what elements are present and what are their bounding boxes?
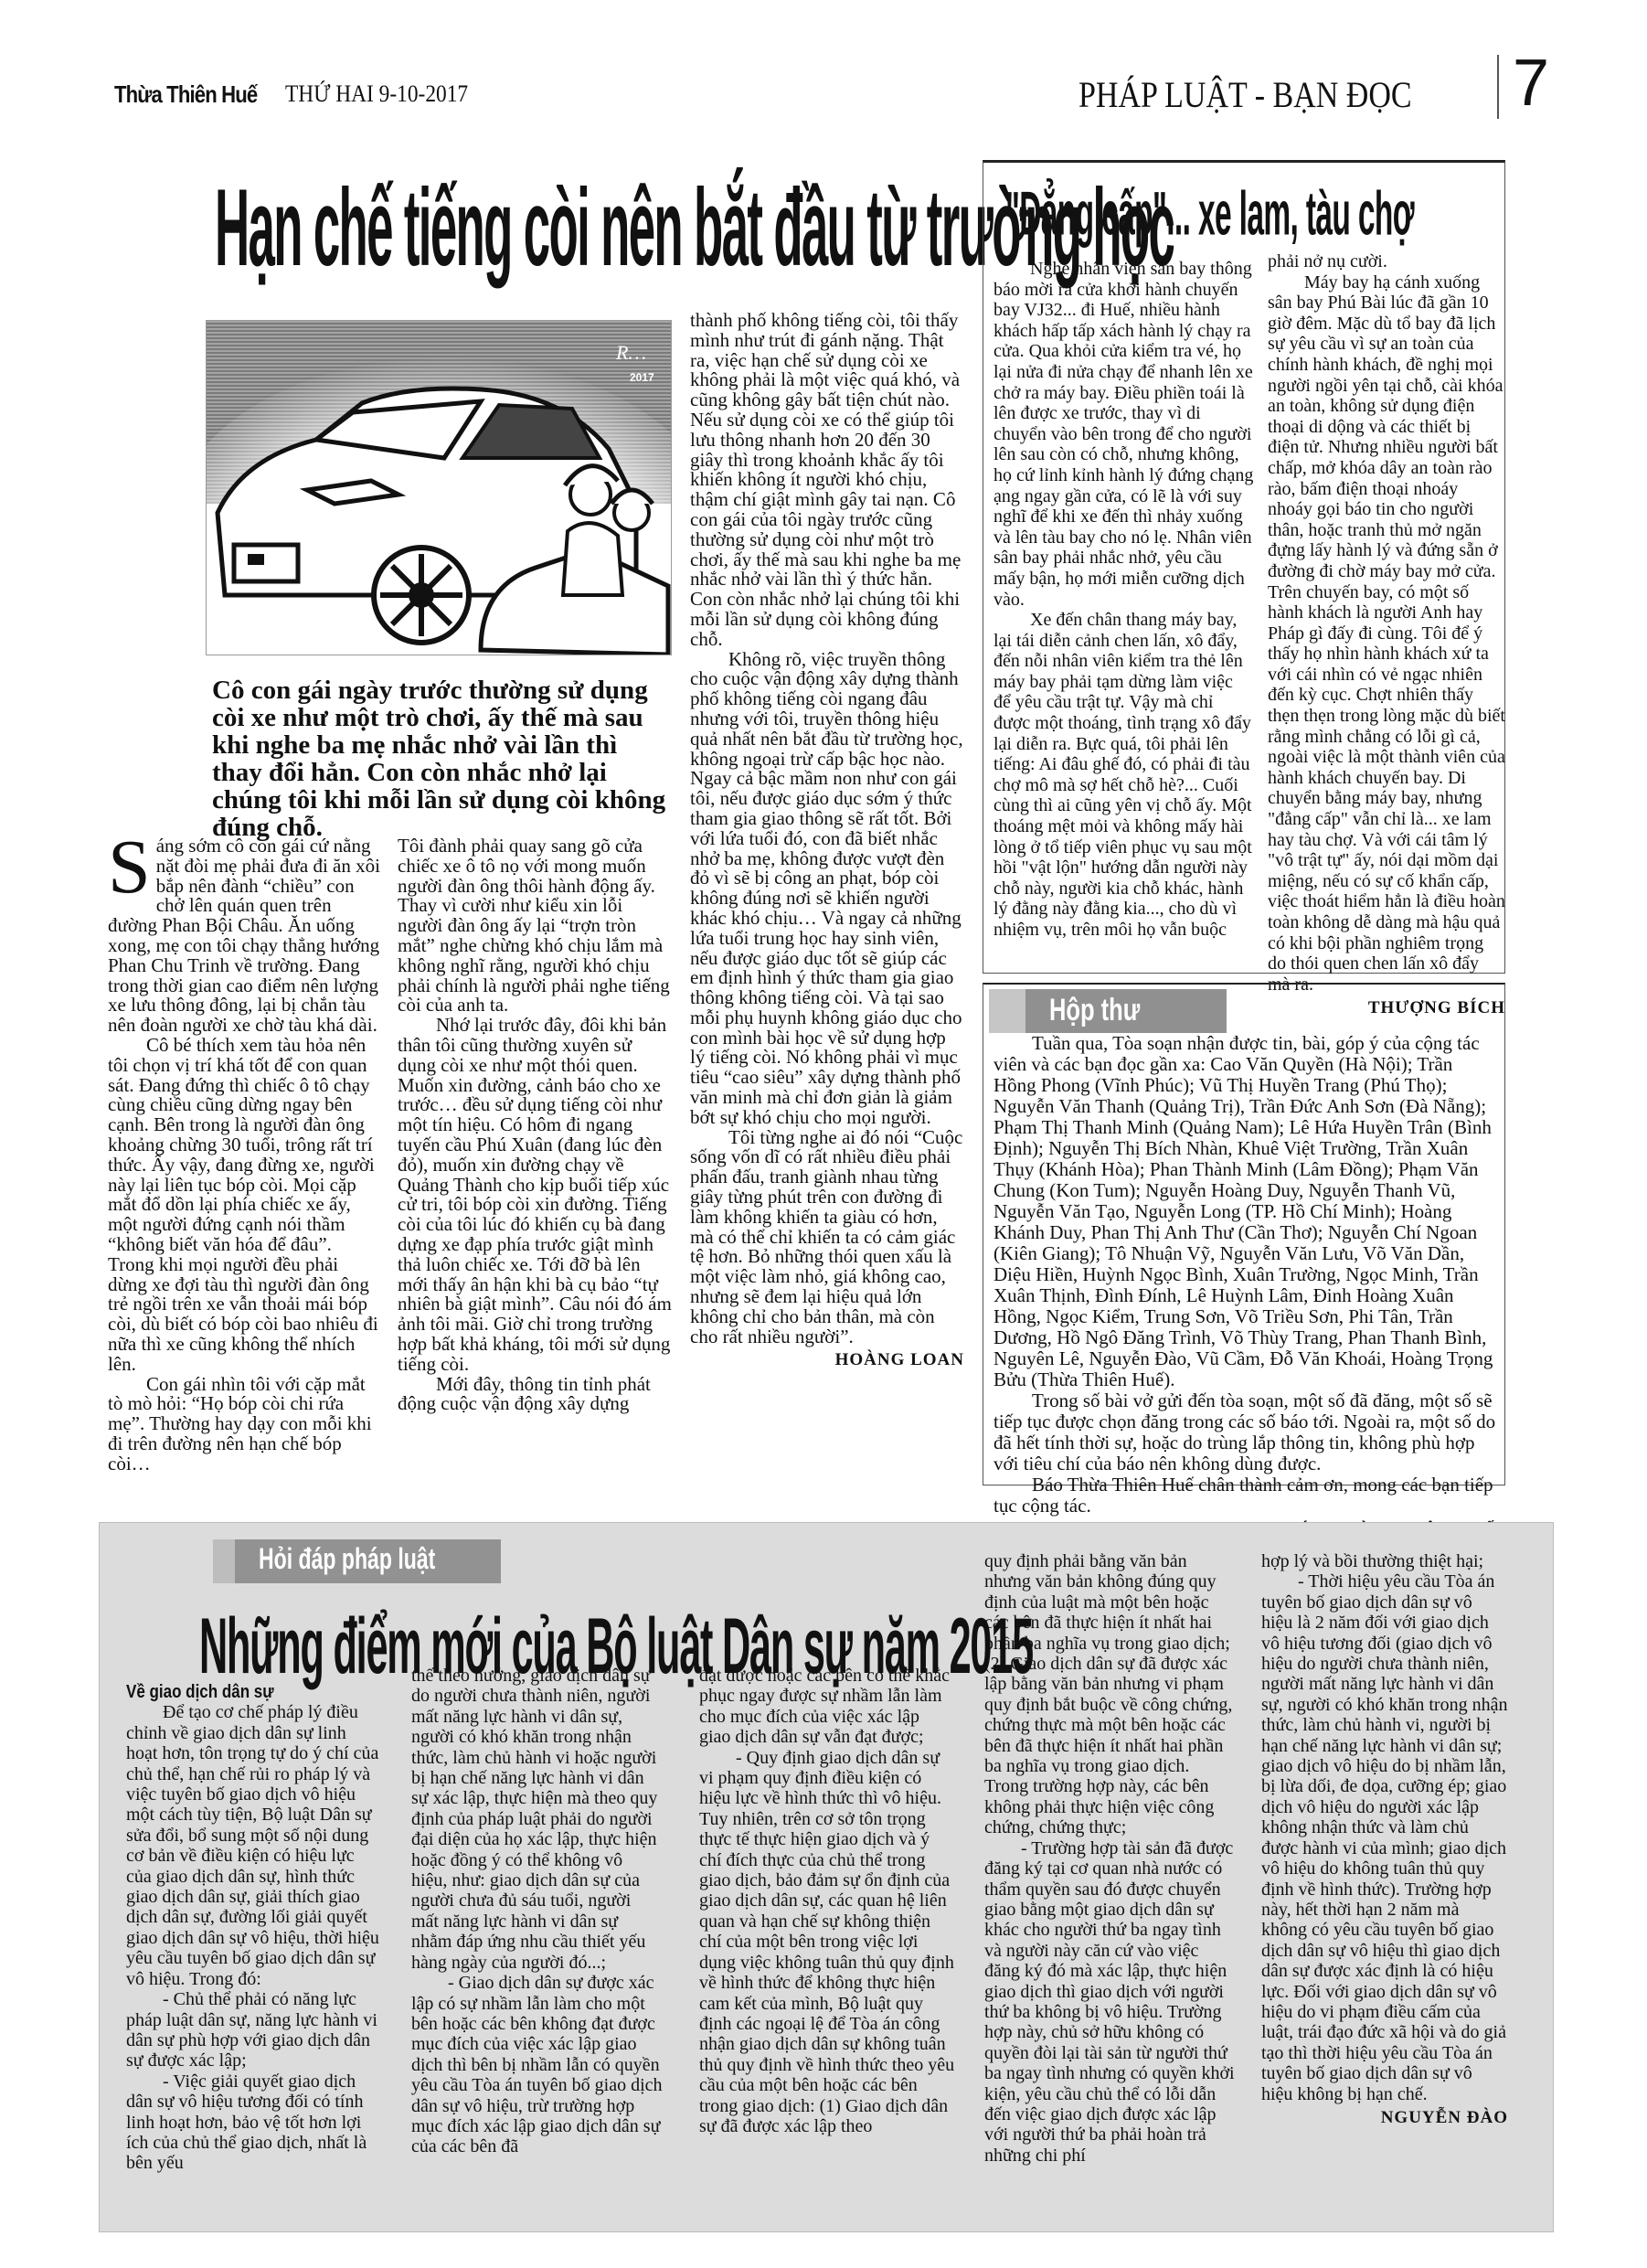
paragraph: - Việc giải quyết giao dịch dân sự vô hi… bbox=[126, 2071, 382, 2174]
article-illustration: R… 2017 bbox=[206, 320, 672, 655]
legal-column-1: Về giao dịch dân sự Để tạo cơ chế pháp l… bbox=[126, 1682, 382, 2174]
paragraph: Báo Thừa Thiên Huế chân thành cảm ơn, mo… bbox=[994, 1475, 1496, 1517]
publication-name: Thừa Thiên Huế bbox=[114, 80, 257, 109]
paragraph: Tôi từng nghe ai đó nói “Cuộc sống vốn d… bbox=[690, 1128, 964, 1347]
paragraph: Trong số bài vở gửi đến tòa soạn, một số… bbox=[994, 1390, 1496, 1475]
page-number: 7 bbox=[1513, 50, 1549, 116]
banner-tab-decoration bbox=[989, 989, 1025, 1033]
paragraph: hợp lý và bồi thường thiệt hại; bbox=[1261, 1551, 1508, 1571]
author-byline: NGUYỄN ĐÀO bbox=[1261, 2108, 1508, 2128]
header-divider bbox=[1497, 55, 1499, 119]
paragraph: Máy bay hạ cánh xuống sân bay Phú Bài lú… bbox=[1268, 272, 1505, 996]
paragraph: thành phố không tiếng còi, tôi thấy mình… bbox=[690, 311, 964, 650]
paragraph: phải nở nụ cười. bbox=[1268, 251, 1505, 272]
mailbox-title: Hộp thư bbox=[1049, 993, 1140, 1028]
legal-column-4: quy định phải bằng văn bản nhưng văn bản… bbox=[984, 1551, 1236, 2166]
banner-tab-decoration bbox=[213, 1539, 235, 1583]
paragraph: - Chủ thể phải có năng lực pháp luật dân… bbox=[126, 1989, 382, 2071]
car-sketch-icon: R… 2017 bbox=[207, 321, 671, 655]
sidebar-headline: "Đẳng cấp"... xe lam, tàu chợ bbox=[1005, 183, 1414, 245]
paragraph: quy định phải bằng văn bản nhưng văn bản… bbox=[984, 1551, 1236, 1838]
main-article-column-3: thành phố không tiếng còi, tôi thấy mình… bbox=[690, 311, 964, 1370]
photo-caption: Cô con gái ngày trước thường sử dụng còi… bbox=[212, 676, 669, 841]
paragraph: - Giao dịch dân sự được xác lập có sự nh… bbox=[411, 1973, 663, 2157]
issue-date: THỨ HAI 9-10-2017 bbox=[285, 80, 468, 108]
mailbox-body: Tuần qua, Tòa soạn nhận được tin, bài, g… bbox=[994, 1033, 1496, 1541]
legal-column-2: thế theo hướng, giao dịch dân sự do ngườ… bbox=[411, 1666, 663, 2157]
author-byline: HOÀNG LOAN bbox=[690, 1350, 964, 1370]
paragraph: Tuần qua, Tòa soạn nhận được tin, bài, g… bbox=[994, 1033, 1496, 1390]
subheading: Về giao dịch dân sự bbox=[126, 1682, 344, 1702]
legal-column-5: hợp lý và bồi thường thiệt hại; - Thời h… bbox=[1261, 1551, 1508, 2128]
paragraph: - Trường hợp tài sản đã được đăng ký tại… bbox=[984, 1838, 1236, 2167]
svg-text:2017: 2017 bbox=[630, 371, 654, 384]
main-headline: Hạn chế tiếng còi nên bắt đầu từ trường … bbox=[215, 174, 632, 334]
paragraph: - Quy định giao dịch dân sự vi phạm quy … bbox=[699, 1748, 955, 2137]
main-article-column-2: Tôi đành phải quay sang gõ cửa chiếc xe … bbox=[398, 836, 672, 1414]
paragraph: đạt được hoặc các bên có thể khắc phục n… bbox=[699, 1666, 955, 1748]
paragraph: thế theo hướng, giao dịch dân sự do ngườ… bbox=[411, 1666, 663, 1973]
paragraph: Xe đến chân thang máy bay, lại tái diễn … bbox=[994, 610, 1254, 941]
paragraph: Mới đây, thông tin tỉnh phát động cuộc v… bbox=[398, 1375, 672, 1415]
paragraph: Nghe nhân viên sân bay thông báo mời ra … bbox=[994, 259, 1254, 610]
artist-signature: R… bbox=[615, 341, 646, 364]
sidebar-article-column-1: Nghe nhân viên sân bay thông báo mời ra … bbox=[994, 259, 1254, 941]
paragraph: Không rõ, việc truyền thông cho cuộc vận… bbox=[690, 650, 964, 1128]
legal-column-3: đạt được hoặc các bên có thể khắc phục n… bbox=[699, 1666, 955, 2136]
paragraph: - Thời hiệu yêu cầu Tòa án tuyên bố giao… bbox=[1261, 1571, 1508, 2104]
main-article-column-1: Sáng sớm cô con gái cứ nằng nặt đòi mẹ p… bbox=[108, 836, 382, 1475]
paragraph: Để tạo cơ chế pháp lý điều chỉnh về giao… bbox=[126, 1702, 382, 1989]
paragraph: Tôi đành phải quay sang gõ cửa chiếc xe … bbox=[398, 836, 672, 1016]
section-title: PHÁP LUẬT - BẠN ĐỌC bbox=[1079, 73, 1412, 116]
drop-cap: S bbox=[108, 838, 151, 897]
legal-qa-banner-label: Hỏi đáp pháp luật bbox=[259, 1542, 435, 1576]
paragraph: Nhớ lại trước đây, đôi khi bản thân tôi … bbox=[398, 1016, 672, 1374]
sidebar-article-column-2: phải nở nụ cười. Máy bay hạ cánh xuống s… bbox=[1268, 251, 1505, 1019]
paragraph: Con gái nhìn tôi với cặp mắt tò mò hỏi: … bbox=[108, 1375, 382, 1475]
paragraph: Cô bé thích xem tàu hỏa nên tôi chọn vị … bbox=[108, 1036, 382, 1375]
